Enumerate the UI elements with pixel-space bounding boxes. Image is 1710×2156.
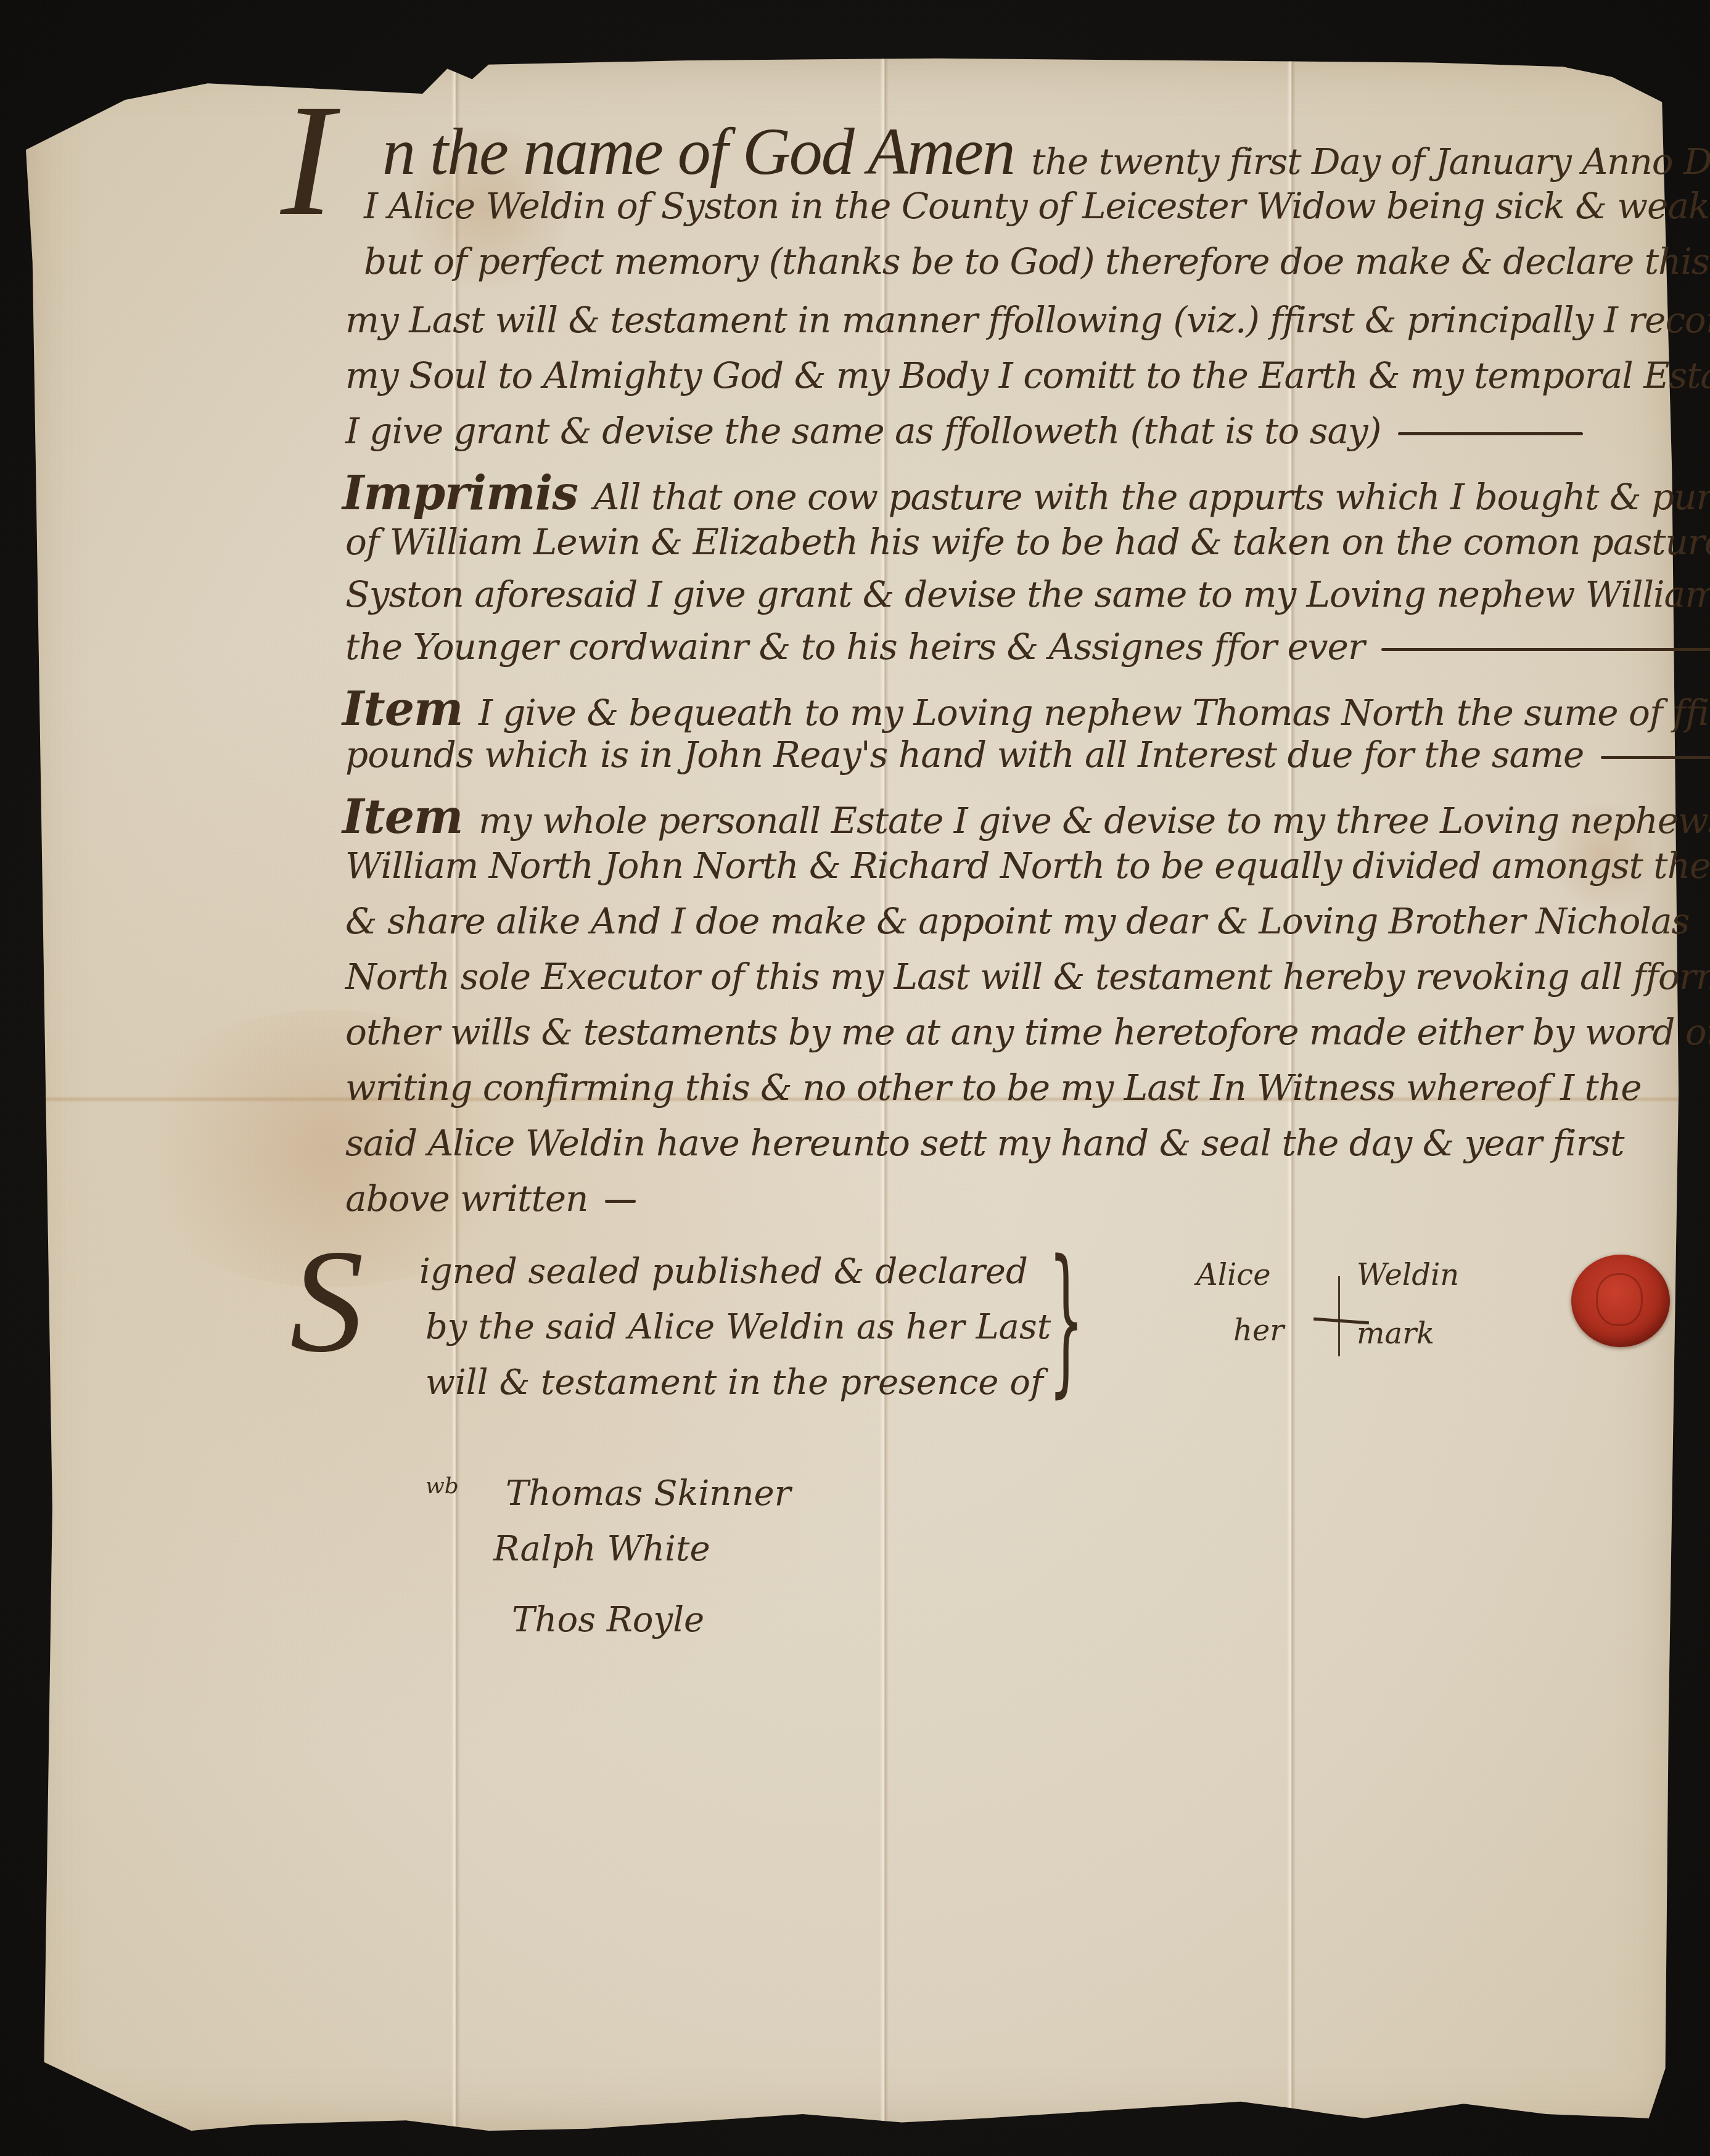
body-line: but of perfect memory (thanks be to God)… <box>364 240 1709 282</box>
body-line: Syston aforesaid I give grant & devise t… <box>345 573 1710 615</box>
body-line: my Soul to Almighty God & my Body I comi… <box>345 355 1710 396</box>
line-filler-rule <box>1381 648 1710 651</box>
decorative-initial-s: S <box>290 1227 364 1375</box>
witness-name: Ralph White <box>493 1529 710 1569</box>
cross-mark-icon <box>1338 1276 1340 1356</box>
body-line: William North John North & Richard North… <box>345 845 1710 887</box>
clause-lead: Item <box>342 681 462 736</box>
body-line: writing confirming this & no other to be… <box>345 1067 1642 1109</box>
body-line: said Alice Weldin have hereunto sett my … <box>345 1122 1624 1164</box>
body-line: Item I give & bequeath to my Loving neph… <box>342 681 1710 736</box>
wax-seal <box>1571 1255 1670 1347</box>
invocation-line: n the name of God Amen the twenty first … <box>382 114 1710 191</box>
body-line: the Younger cordwainr & to his heirs & A… <box>345 626 1710 668</box>
mark-first-name: Alice <box>1196 1258 1271 1292</box>
body-line: & share alike And I doe make & appoint m… <box>345 900 1689 942</box>
mark-her: her <box>1233 1313 1284 1348</box>
body-line: Item my whole personall Estate I give & … <box>342 789 1710 844</box>
body-line: I give grant & devise the same as ffollo… <box>345 410 1583 452</box>
line-filler-rule <box>605 1200 636 1203</box>
testator-mark: Alice Weldin her mark <box>1196 1245 1554 1369</box>
mark-surname: Weldin <box>1357 1258 1459 1292</box>
brace-symbol: } <box>1048 1239 1084 1400</box>
line-filler-rule <box>1601 756 1710 759</box>
body-line: Imprimis All that one cow pasture with t… <box>342 465 1710 520</box>
body-line: of William Lewin & Elizabeth his wife to… <box>345 521 1710 563</box>
body-line: above written <box>345 1178 636 1219</box>
line-filler-rule <box>1398 432 1583 435</box>
date-text: the twenty first Day of January Anno Dni… <box>1031 141 1710 182</box>
body-line: pounds which is in John Reay's hand with… <box>345 734 1710 776</box>
body-line: I Alice Weldin of Syston in the County o… <box>364 185 1710 227</box>
body-line: North sole Executor of this my Last will… <box>345 956 1710 998</box>
decorative-initial-i: I <box>281 80 334 240</box>
witness-name: Thos Royle <box>512 1600 704 1640</box>
clause-lead: Imprimis <box>342 465 578 520</box>
witness-note: wb <box>425 1474 459 1499</box>
witness-name: Thomas Skinner <box>506 1474 791 1514</box>
body-line: my Last will & testament in manner ffoll… <box>345 299 1710 341</box>
attestation-line: igned sealed published & declared <box>419 1252 1028 1292</box>
clause-lead: Item <box>342 789 462 844</box>
body-line: other wills & testaments by me at any ti… <box>345 1011 1710 1053</box>
invocation-text: n the name of God Amen <box>382 115 1014 189</box>
attestation-line: by the said Alice Weldin as her Last <box>425 1307 1051 1347</box>
attestation-line: will & testament in the presence of <box>425 1363 1043 1403</box>
